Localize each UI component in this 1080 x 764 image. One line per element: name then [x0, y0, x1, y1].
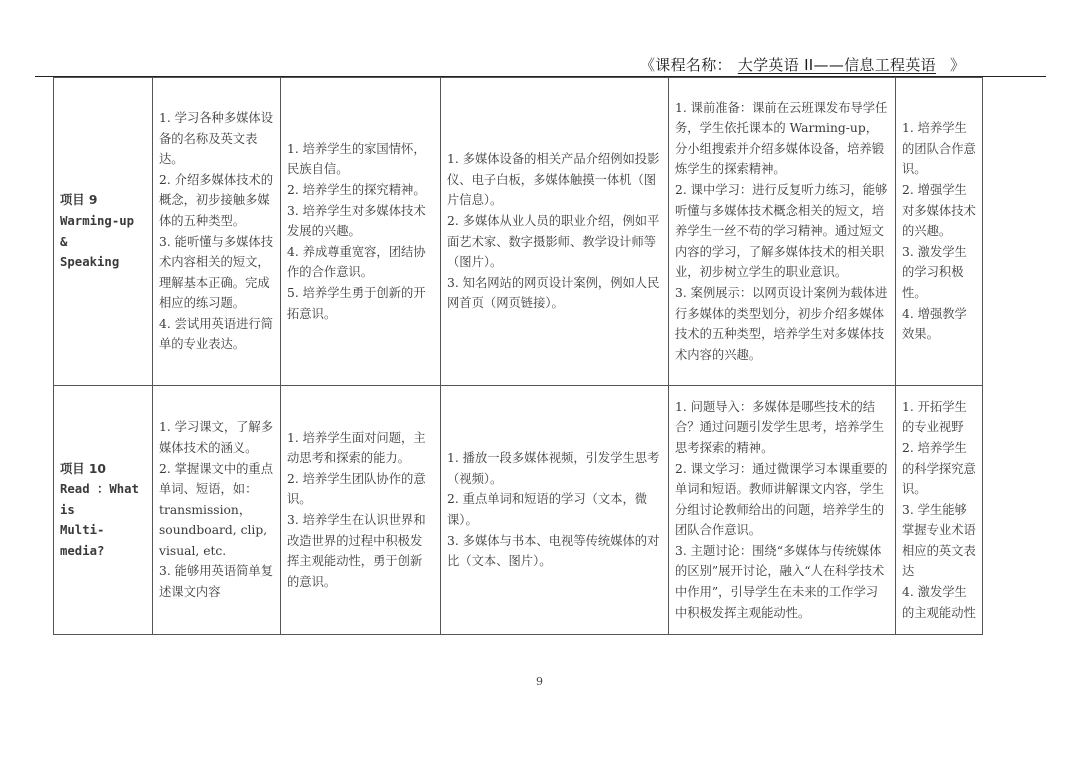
table-row-project-9: 项目 9 Warming-up & Speaking 1. 学习各种多媒体设备的… — [54, 78, 983, 386]
ideology-item: 3. 培养学生对多媒体技术发展的兴趣。 — [287, 201, 434, 242]
course-name-prefix: 《课程名称： — [640, 56, 732, 74]
activity-item: 3. 案例展示：以网页设计案例为载体进行多媒体的类型划分，初步介绍多媒体技术的五… — [675, 283, 889, 365]
effect-item: 1. 开拓学生的专业视野 — [902, 397, 976, 438]
lesson-plan-table: 项目 9 Warming-up & Speaking 1. 学习各种多媒体设备的… — [53, 77, 983, 635]
effects-cell: 1. 开拓学生的专业视野 2. 培养学生的科学探究意识。 3. 学生能够掌握专业… — [896, 386, 983, 635]
effect-item: 1. 培养学生的团队合作意识。 — [902, 118, 976, 180]
objective-item: 1. 学习各种多媒体设备的名称及英文表达。 — [159, 108, 274, 170]
objectives-cell: 1. 学习各种多媒体设备的名称及英文表达。 2. 介绍多媒体技术的概念，初步接触… — [153, 78, 281, 386]
resource-item: 2. 重点单词和短语的学习（文本，微课）。 — [447, 489, 662, 530]
resource-item: 3. 知名网站的网页设计案例，例如人民网首页（网页链接）。 — [447, 273, 662, 314]
project-title-line: Warming-up & — [60, 211, 146, 252]
objective-item: 1. 学习课文，了解多媒体技术的涵义。 — [159, 417, 274, 458]
project-title-line: Speaking — [60, 252, 146, 273]
ideology-item: 1. 培养学生的家国情怀，民族自信。 — [287, 139, 434, 180]
resources-cell: 1. 多媒体设备的相关产品介绍例如投影仪、电子白板，多媒体触摸一体机（图片信息）… — [441, 78, 669, 386]
effect-item: 3. 激发学生的学习积极性。 — [902, 242, 976, 304]
table-row-project-10: 项目 10 Read ：What is Multi-media? 1. 学习课文… — [54, 386, 983, 635]
resource-item: 1. 播放一段多媒体视频，引发学生思考（视频）。 — [447, 448, 662, 489]
activity-item: 2. 课文学习：通过微课学习本课重要的单词和短语。教师讲解课文内容，学生分组讨论… — [675, 459, 889, 541]
project-cell: 项目 9 Warming-up & Speaking — [54, 78, 153, 386]
page-number: 9 — [536, 675, 543, 688]
objective-item: 2. 掌握课文中的重点单词、短语，如：transmission，soundboa… — [159, 459, 274, 562]
activity-item: 2. 课中学习：进行反复听力练习，能够听懂与多媒体技术概念相关的短文，培养学生一… — [675, 180, 889, 283]
effect-item: 4. 激发学生的主观能动性 — [902, 582, 976, 623]
activity-item: 1. 课前准备：课前在云班课发布导学任务，学生依托课本的 Warming-up，… — [675, 98, 889, 180]
objectives-cell: 1. 学习课文，了解多媒体技术的涵义。 2. 掌握课文中的重点单词、短语，如：t… — [153, 386, 281, 635]
project-number: 项目 9 — [60, 190, 146, 211]
objective-item: 4. 尝试用英语进行简单的专业表达。 — [159, 314, 274, 355]
effects-cell: 1. 培养学生的团队合作意识。 2. 增强学生对多媒体技术的兴趣。 3. 激发学… — [896, 78, 983, 386]
activity-item: 3. 主题讨论：围绕“多媒体与传统媒体的区别”展开讨论，融入“人在科学技术中作用… — [675, 541, 889, 623]
effect-item: 3. 学生能够掌握专业术语相应的英文表达 — [902, 500, 976, 582]
ideology-item: 3. 培养学生在认识世界和改造世界的过程中积极发挥主观能动性，勇于创新的意识。 — [287, 510, 434, 592]
project-cell: 项目 10 Read ：What is Multi-media? — [54, 386, 153, 635]
project-number: 项目 10 — [60, 459, 146, 480]
effect-item: 2. 增强学生对多媒体技术的兴趣。 — [902, 180, 976, 242]
resource-item: 3. 多媒体与书本、电视等传统媒体的对比（文本、图片）。 — [447, 531, 662, 572]
effect-item: 2. 培养学生的科学探究意识。 — [902, 438, 976, 500]
resource-item: 1. 多媒体设备的相关产品介绍例如投影仪、电子白板，多媒体触摸一体机（图片信息）… — [447, 149, 662, 211]
course-name-header: 《课程名称：大学英语 II——信息工程英语》 — [640, 54, 965, 75]
ideology-item: 1. 培养学生面对问题，主动思考和探索的能力。 — [287, 428, 434, 469]
activity-item: 1. 问题导入：多媒体是哪些技术的结合？通过问题引发学生思考，培养学生思考探索的… — [675, 397, 889, 459]
course-name: 大学英语 II——信息工程英语 — [732, 56, 950, 74]
project-title-line: Read ：What is — [60, 479, 146, 520]
activities-cell: 1. 课前准备：课前在云班课发布导学任务，学生依托课本的 Warming-up，… — [669, 78, 896, 386]
ideology-cell: 1. 培养学生面对问题，主动思考和探索的能力。 2. 培养学生团队协作的意识。 … — [281, 386, 441, 635]
ideology-cell: 1. 培养学生的家国情怀，民族自信。 2. 培养学生的探究精神。 3. 培养学生… — [281, 78, 441, 386]
resource-item: 2. 多媒体从业人员的职业介绍，例如平面艺术家、数字摄影师、教学设计师等（图片）… — [447, 211, 662, 273]
course-name-suffix: 》 — [950, 56, 965, 74]
activities-cell: 1. 问题导入：多媒体是哪些技术的结合？通过问题引发学生思考，培养学生思考探索的… — [669, 386, 896, 635]
ideology-item: 2. 培养学生团队协作的意识。 — [287, 469, 434, 510]
objective-item: 3. 能够用英语简单复述课文内容 — [159, 561, 274, 602]
effect-item: 4. 增强教学效果。 — [902, 304, 976, 345]
ideology-item: 2. 培养学生的探究精神。 — [287, 180, 434, 201]
resources-cell: 1. 播放一段多媒体视频，引发学生思考（视频）。 2. 重点单词和短语的学习（文… — [441, 386, 669, 635]
project-title-line: Multi-media? — [60, 520, 146, 561]
ideology-item: 4. 养成尊重宽容，团结协作的合作意识。 — [287, 242, 434, 283]
objective-item: 2. 介绍多媒体技术的概念，初步接触多媒体的五种类型。 — [159, 170, 274, 232]
objective-item: 3. 能听懂与多媒体技术内容相关的短文，理解基本正确。完成相应的练习题。 — [159, 232, 274, 314]
ideology-item: 5. 培养学生勇于创新的开拓意识。 — [287, 283, 434, 324]
